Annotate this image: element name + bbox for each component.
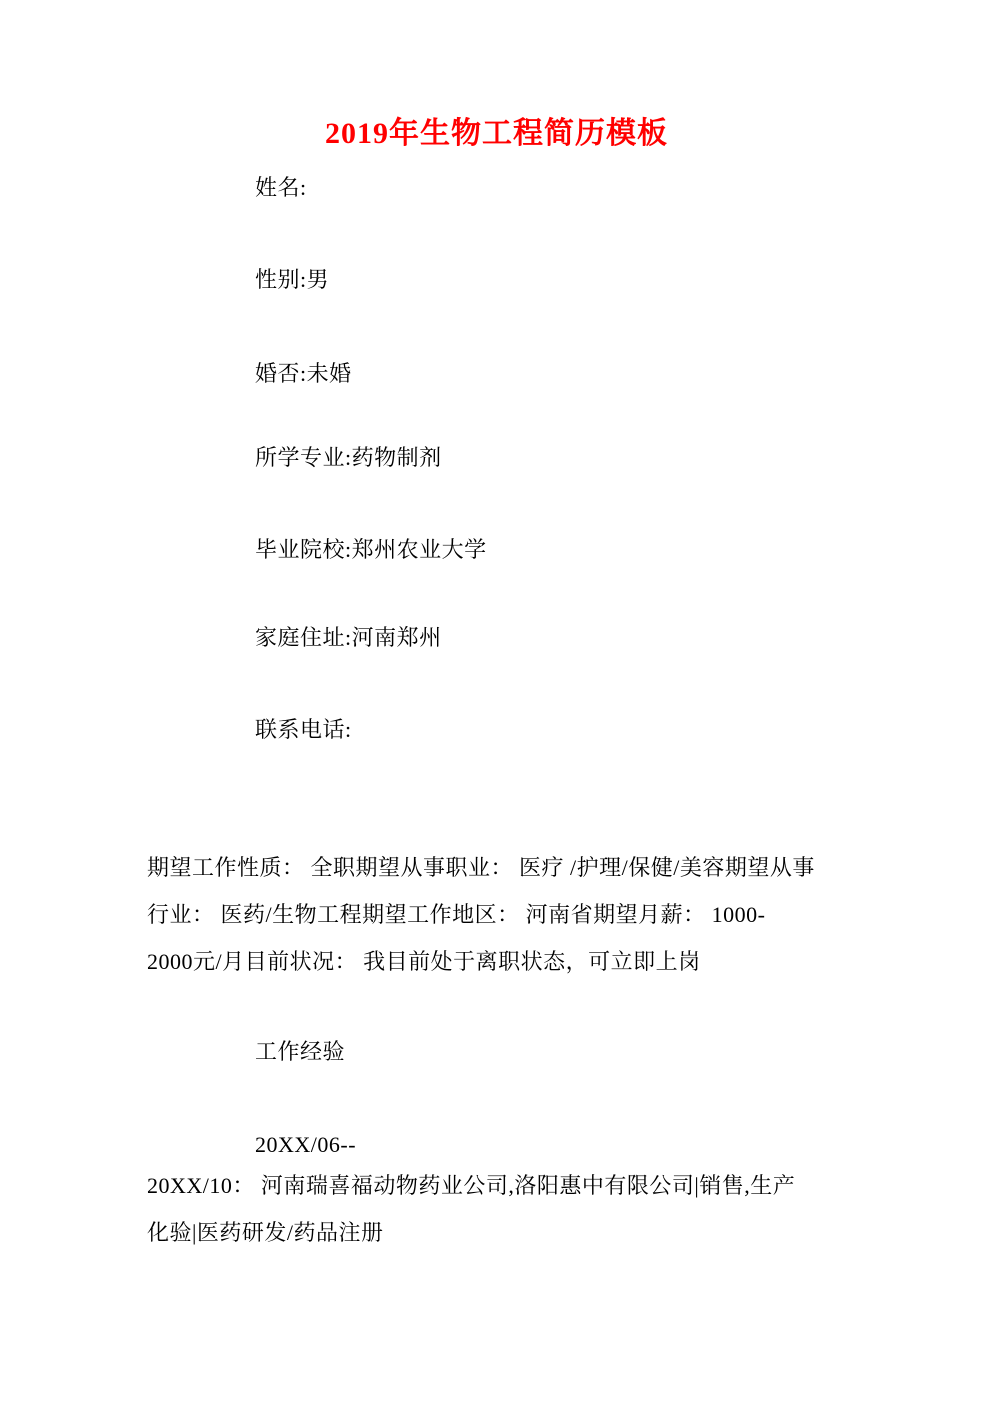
field-home-address: 家庭住址:河南郑州 <box>255 626 442 650</box>
work-experience-heading: 工作经验 <box>255 1040 345 1064</box>
work-experience-dates-start: 20XX/06-- <box>255 1133 356 1157</box>
resume-title: 2019年生物工程简历模板 <box>0 118 993 150</box>
field-marital-status: 婚否:未婚 <box>255 362 352 386</box>
field-graduate-school: 毕业院校:郑州农业大学 <box>255 538 487 562</box>
field-name: 姓名: <box>255 176 307 200</box>
field-phone: 联系电话: <box>255 718 352 742</box>
job-expectation-line-3: 2000元/月目前状况： 我目前处于离职状态，可立即上岗 <box>147 950 701 974</box>
job-expectation-line-2: 行业： 医药/生物工程期望工作地区： 河南省期望月薪： 1000- <box>147 903 765 927</box>
field-gender: 性别:男 <box>255 268 329 292</box>
work-experience-role-line: 化验|医药研发/药品注册 <box>147 1221 384 1245</box>
job-expectation-line-1: 期望工作性质： 全职期望从事职业： 医疗 /护理/保健/美容期望从事 <box>147 856 815 880</box>
resume-document-page: 2019年生物工程简历模板 姓名: 性别:男 婚否:未婚 所学专业:药物制剂 毕… <box>0 0 993 1404</box>
work-experience-company-line: 20XX/10： 河南瑞喜福动物药业公司,洛阳惠中有限公司|销售,生产 <box>147 1174 795 1198</box>
field-major: 所学专业:药物制剂 <box>255 446 442 470</box>
